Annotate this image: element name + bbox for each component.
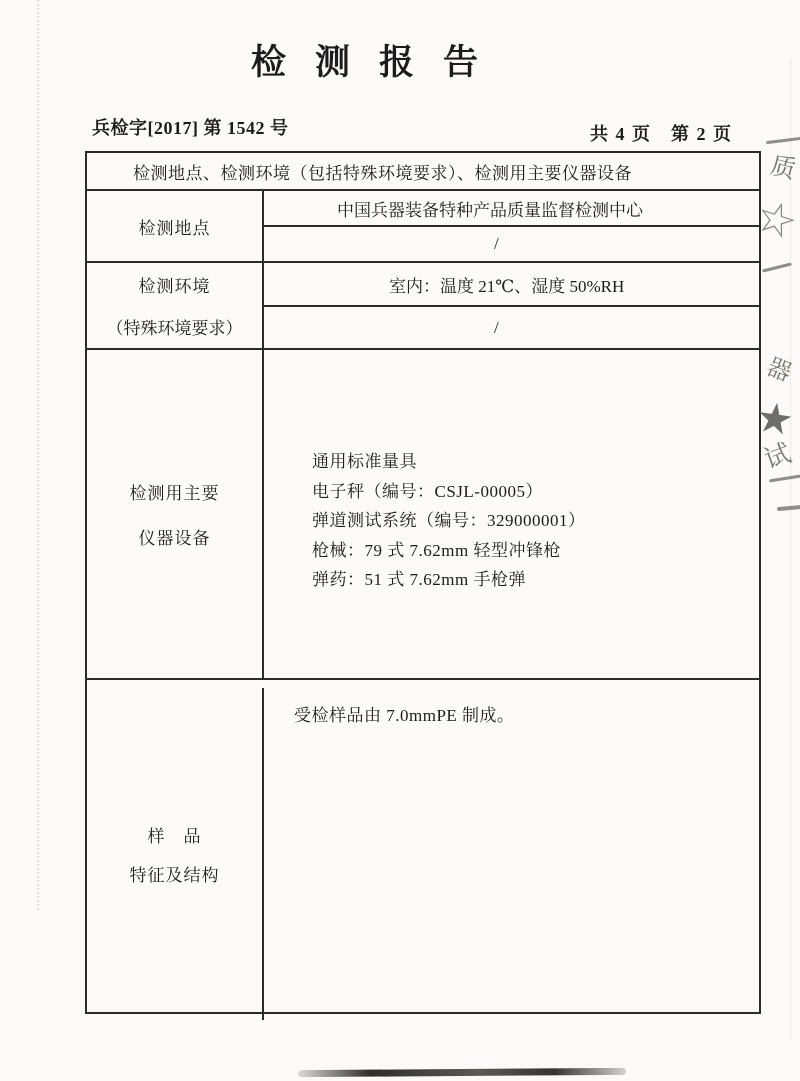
equipment-item: 弹道测试系统（编号：329000001） xyxy=(312,506,759,536)
table-row-location: 检测地点 中国兵器装备特种产品质量监督检测中心 / xyxy=(87,191,759,263)
location-value-cell: 中国兵器装备特种产品质量监督检测中心 / xyxy=(264,191,759,261)
document-number: 兵检字[2017] 第 1542 号 xyxy=(92,114,289,140)
equipment-label-line2: 仪器设备 xyxy=(139,524,211,549)
equipment-item: 枪械：79 式 7.62mm 轻型冲锋枪 xyxy=(312,536,759,566)
location-label: 检测地点 xyxy=(139,214,211,239)
environment-value-primary: 室内：温度 21℃、湿度 50%RH xyxy=(264,263,759,307)
location-value-secondary: / xyxy=(264,227,759,261)
scan-binding-edge-line xyxy=(37,0,39,910)
environment-label-line1: 检测环境 xyxy=(139,272,211,297)
stamp-character: 器 xyxy=(762,347,797,388)
stamp-stroke-mark xyxy=(766,137,800,144)
equipment-label-cell: 检测用主要 仪器设备 xyxy=(87,350,264,678)
equipment-item: 电子秤（编号：CSJL-00005） xyxy=(312,477,759,507)
environment-label-cell: 检测环境 （特殊环境要求） xyxy=(87,263,264,348)
page-title: 检测报告 xyxy=(251,42,507,84)
scan-smudge-artifact xyxy=(298,1068,626,1077)
environment-value-secondary: / xyxy=(264,307,759,348)
environment-value-cell: 室内：温度 21℃、湿度 50%RH / xyxy=(264,263,759,348)
table-row-environment: 检测环境 （特殊环境要求） 室内：温度 21℃、湿度 50%RH / xyxy=(87,263,759,350)
scanned-report-page: 检测报告 兵检字[2017] 第 1542 号 共 4 页 第 2 页 检测地点… xyxy=(0,0,800,1081)
table-header-row: 检测地点、检测环境（包括特殊环境要求）、检测用主要仪器设备 xyxy=(87,153,759,191)
table-row-sample: 样 品 特征及结构 受检样品由 7.0mmPE 制成。 xyxy=(87,680,759,1012)
stamp-stroke-mark xyxy=(762,262,792,272)
stamp-stroke-mark xyxy=(769,475,800,483)
sample-description: 受检样品由 7.0mmPE 制成。 xyxy=(264,680,759,726)
page-count-label: 共 4 页 第 2 页 xyxy=(590,120,733,146)
sample-label-line2: 特征及结构 xyxy=(130,861,220,886)
equipment-item: 通用标准量具 xyxy=(312,447,759,477)
table-row-equipment: 检测用主要 仪器设备 通用标准量具 电子秤（编号：CSJL-00005） 弹道测… xyxy=(87,350,759,680)
equipment-list: 通用标准量具 电子秤（编号：CSJL-00005） 弹道测试系统（编号：3290… xyxy=(264,350,759,595)
report-table: 检测地点、检测环境（包括特殊环境要求）、检测用主要仪器设备 检测地点 中国兵器装… xyxy=(85,151,761,1014)
equipment-label-line1: 检测用主要 xyxy=(130,479,220,504)
stamp-character: 质 xyxy=(767,146,800,187)
location-value-primary: 中国兵器装备特种产品质量监督检测中心 xyxy=(264,191,759,227)
table-header-text: 检测地点、检测环境（包括特殊环境要求）、检测用主要仪器设备 xyxy=(133,159,632,184)
location-label-cell: 检测地点 xyxy=(87,191,264,261)
equipment-value-cell: 通用标准量具 电子秤（编号：CSJL-00005） 弹道测试系统（编号：3290… xyxy=(264,350,759,678)
sample-label-line1: 样 品 xyxy=(148,822,202,847)
environment-label-line2: （特殊环境要求） xyxy=(107,314,243,339)
equipment-item: 弹药：51 式 7.62mm 手枪弹 xyxy=(312,565,759,595)
stamp-stroke-mark xyxy=(777,505,800,511)
sample-label-cell: 样 品 特征及结构 xyxy=(87,688,264,1020)
sample-value-cell: 受检样品由 7.0mmPE 制成。 xyxy=(264,680,759,1012)
